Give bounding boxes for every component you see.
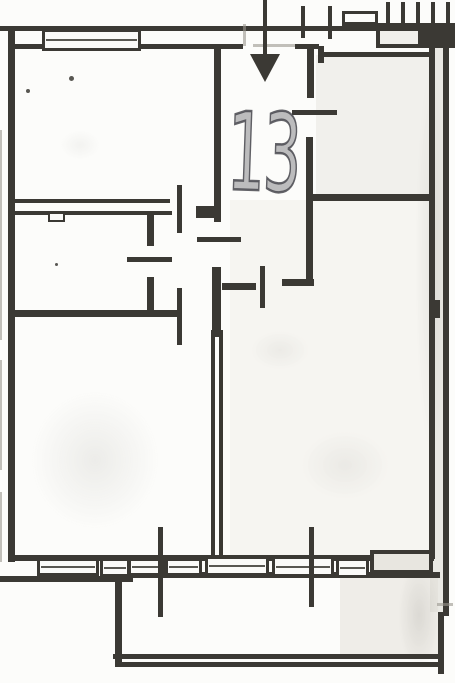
top-wall-joint-tick: [243, 24, 246, 46]
tint-kitchen-room: [316, 55, 431, 197]
big-room-door-leaf: [260, 266, 265, 308]
entry-jamb-stub: [318, 46, 324, 63]
stair-hatch-tick-4: [431, 2, 435, 26]
wall-vent-notch: [48, 212, 65, 222]
window-bottom-1: [37, 558, 99, 576]
hall-right-wall-lower: [306, 137, 313, 285]
right-wall-joint-tick: [437, 603, 453, 606]
small-room-bottom-wall: [10, 310, 180, 317]
kitchen-top-wall: [318, 52, 433, 57]
ink-speck-2: [26, 89, 30, 93]
left-edge-scan-line-a: [0, 130, 2, 340]
left-edge-scan-line-c: [0, 492, 2, 562]
pencil-smudge-big-room: [300, 430, 390, 500]
window-midline: [169, 566, 198, 568]
scan-smudge-hall: [250, 330, 310, 370]
stair-hatch-tick-5: [446, 2, 450, 26]
hall-left-wall-upper: [214, 46, 221, 222]
rooms-divider-wall-line-b: [219, 330, 223, 559]
entrance-arrow-shaft: [263, 0, 267, 58]
floor-plan-scan: 13: [0, 0, 455, 683]
right-outer-wall-upper: [443, 24, 449, 616]
window-bottom-4: [205, 556, 269, 576]
hall-right-wall-hook: [282, 279, 314, 286]
balcony-bottom-inner-line: [118, 662, 442, 667]
rooms-divider-wall-top: [212, 267, 221, 337]
stair-hatch-tick-1: [386, 2, 390, 26]
stair-hatch-tick-2: [401, 2, 405, 26]
window-bottom-3: [165, 558, 202, 576]
scan-smudge-bedroom: [60, 130, 100, 160]
window-midline: [132, 566, 161, 568]
left-outer-wall: [8, 27, 15, 562]
right-wall-pier: [431, 300, 440, 318]
window-bottom-2: [100, 558, 130, 577]
stair-landing-box: [342, 11, 378, 25]
window-midline: [46, 39, 137, 41]
balcony-bottom-outer-line: [113, 654, 442, 659]
ink-speck-3: [55, 263, 58, 266]
window-top-right: [376, 27, 422, 48]
top-wall-tick-b: [328, 6, 332, 39]
hall-right-wall-upper: [307, 46, 314, 98]
living-room-door-leaf: [177, 288, 182, 345]
tint-right-rooms: [230, 200, 430, 555]
pencil-smudge-living-room: [30, 390, 160, 530]
balcony-door-mark-left: [158, 527, 163, 617]
top-right-corner-block: [420, 24, 455, 48]
left-edge-scan-line-b: [0, 360, 2, 470]
balcony-door-mark-right: [309, 527, 314, 607]
entrance-threshold-line: [253, 44, 295, 47]
window-midline: [209, 565, 265, 567]
hall-bottom-wall: [222, 283, 256, 290]
hall-door-leaf: [197, 237, 241, 242]
window-midline: [276, 566, 330, 568]
rooms-divider-wall-line-a: [211, 330, 215, 559]
entrance-arrow-head: [250, 54, 280, 82]
bottom-right-wall-panel: [370, 550, 433, 574]
top-wall-tick-a: [301, 6, 305, 38]
stair-hatch-tick-3: [416, 2, 420, 26]
window-midline: [104, 567, 126, 569]
kitchen-bottom-wall: [312, 194, 434, 201]
apartment-number-label: 13: [225, 99, 301, 209]
bedroom-door-leaf: [177, 185, 182, 233]
window-midline: [41, 566, 95, 568]
window-bottom-5: [336, 558, 369, 578]
small-room-right-wall-upper: [147, 211, 154, 246]
window-top-left: [42, 29, 141, 51]
balcony-door-unit-right: [272, 556, 334, 577]
small-room-door-leaf: [127, 257, 172, 262]
bedroom-bottom-wall-upper-line: [12, 199, 170, 203]
ink-speck-1: [69, 76, 74, 81]
window-midline: [340, 567, 365, 569]
